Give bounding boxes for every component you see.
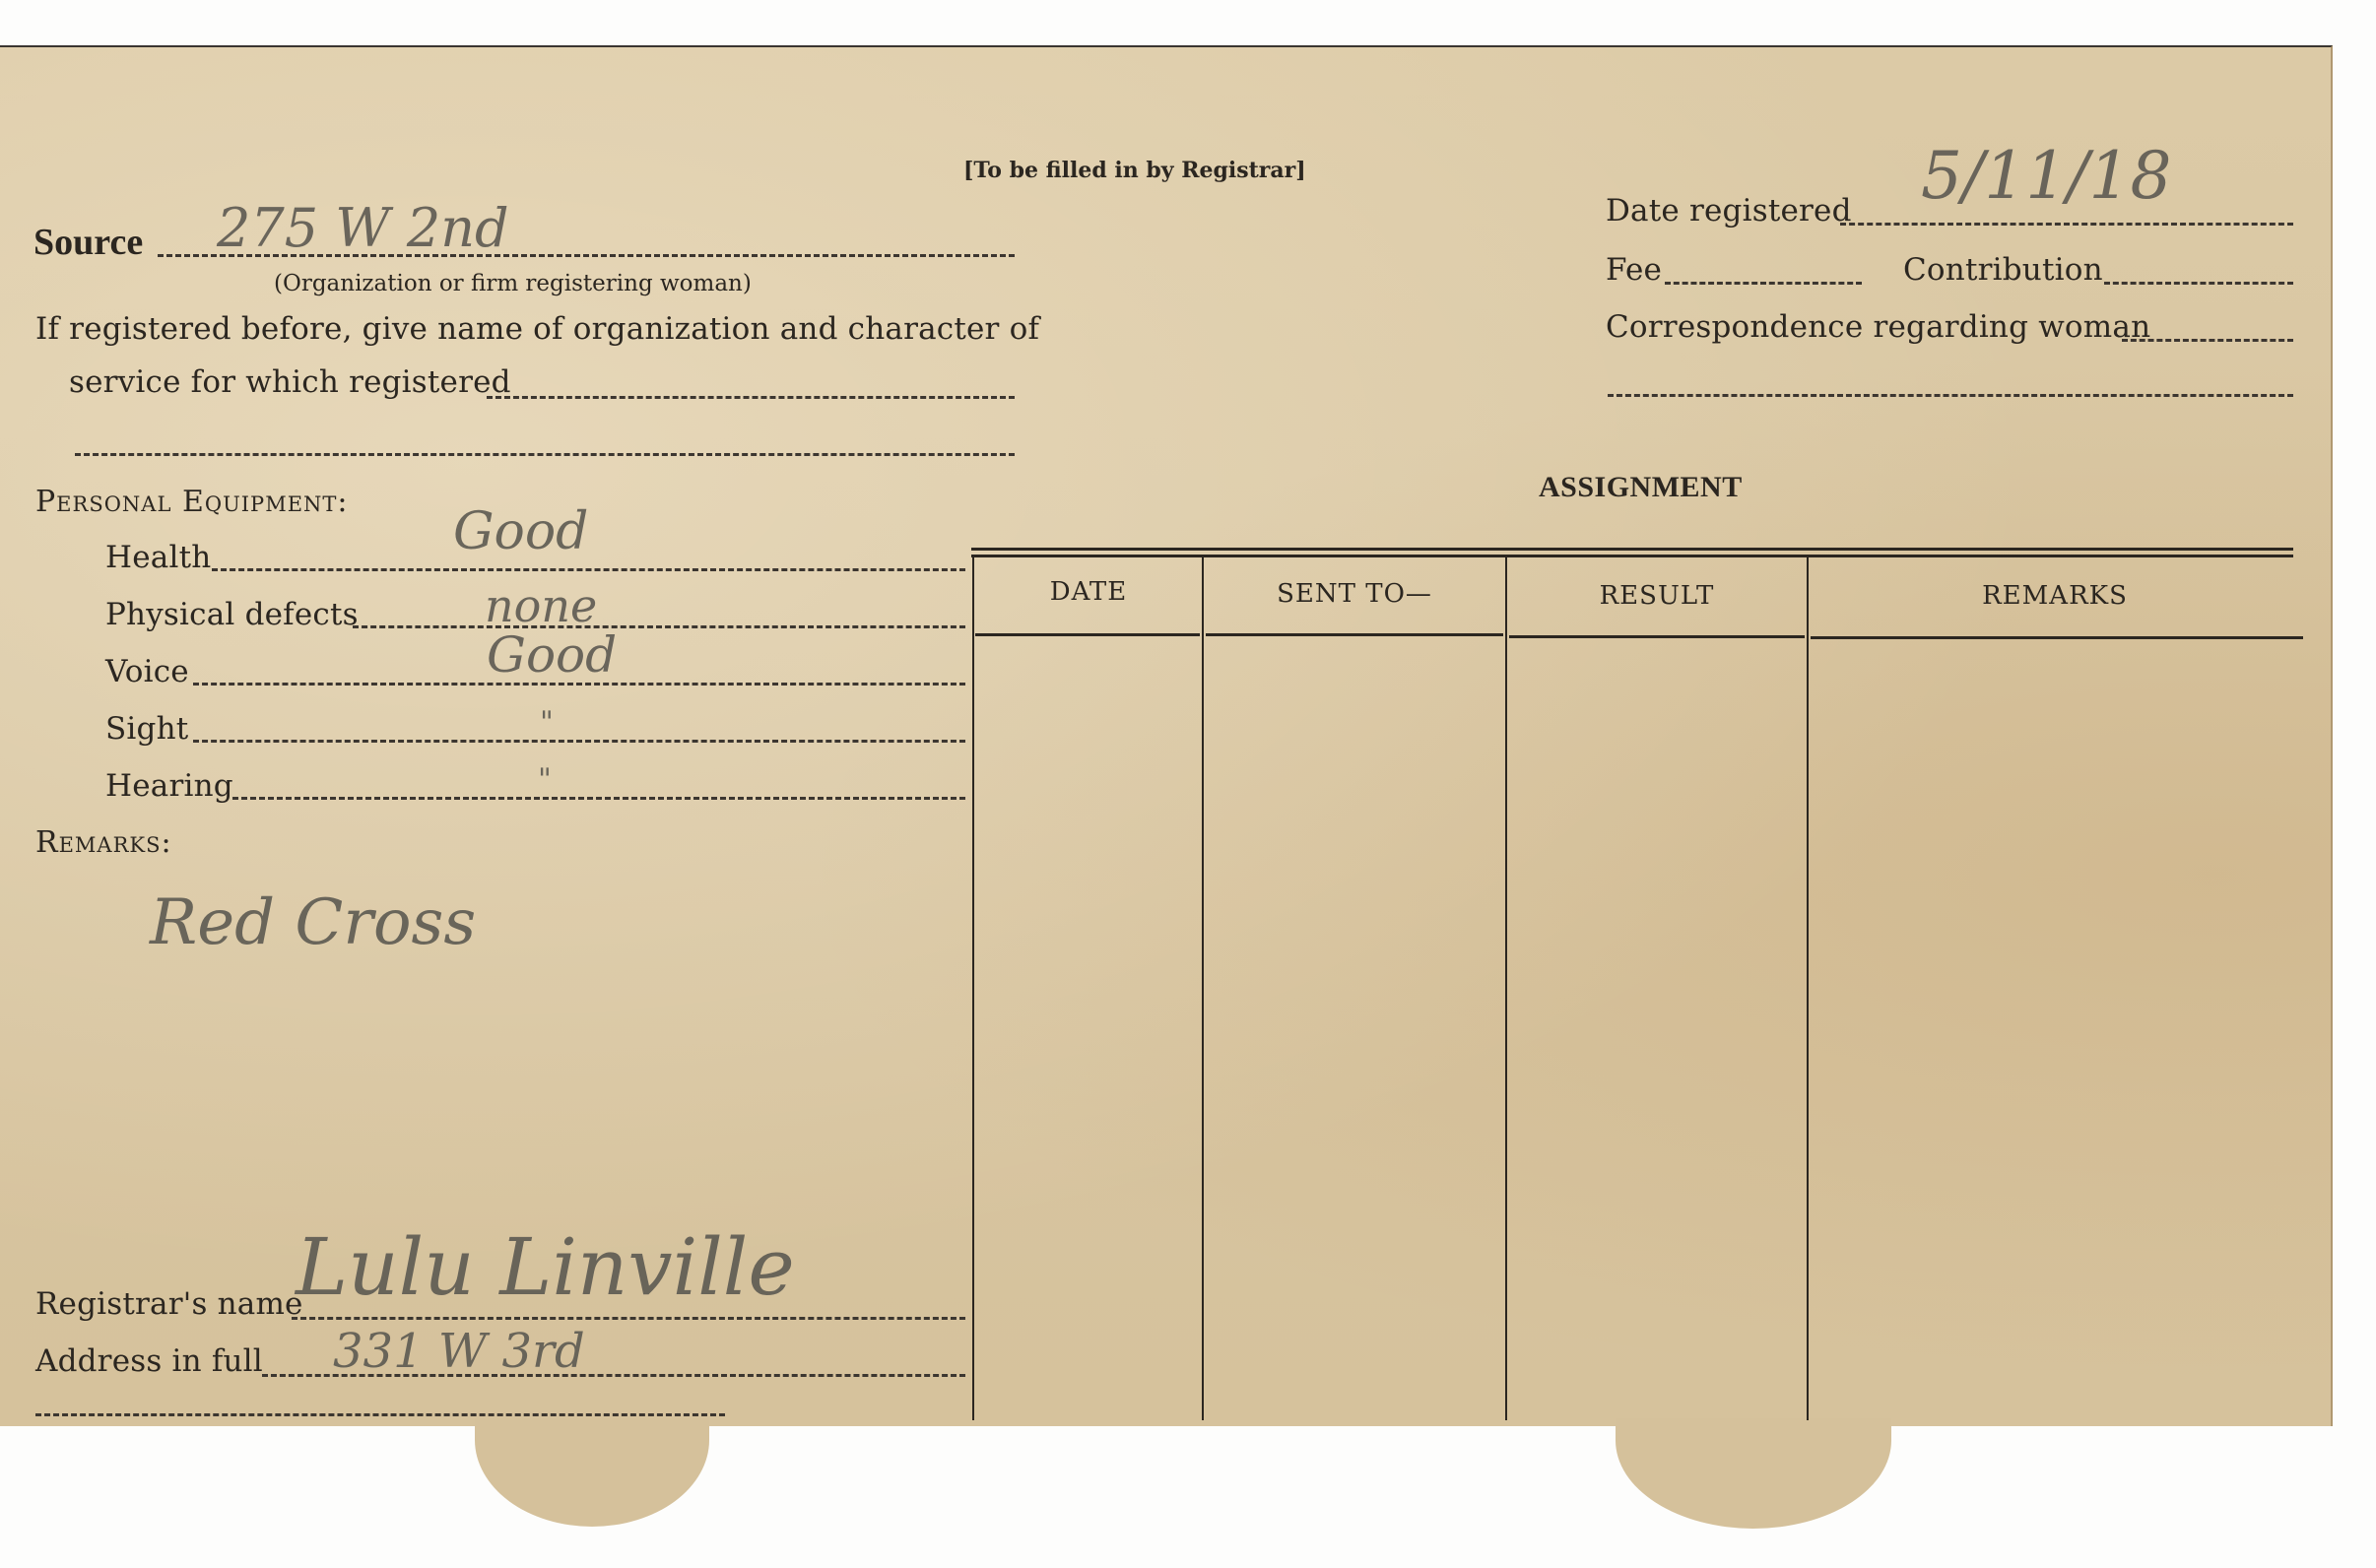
table-divider-result: [1807, 557, 1809, 1420]
table-top-rule: [971, 548, 2293, 551]
registrar-name-line: [292, 1317, 965, 1320]
table-top-rule-2: [971, 555, 2293, 557]
equipment-physical-defects-line: [353, 625, 965, 628]
correspondence-label: Correspondence regarding woman: [1606, 309, 2150, 345]
correspondence-line[interactable]: [2122, 339, 2293, 342]
equipment-health-value[interactable]: Good: [453, 502, 588, 561]
remarks-value[interactable]: Red Cross: [150, 886, 476, 959]
header-rule-date: [975, 633, 1200, 636]
equipment-health-label: Health: [105, 540, 211, 575]
source-value[interactable]: 275 W 2nd: [217, 197, 509, 259]
registered-before-extra-line[interactable]: [75, 453, 1015, 456]
table-divider-sent: [1505, 557, 1507, 1420]
address-label: Address in full: [35, 1343, 263, 1379]
bottom-line: [35, 1413, 725, 1416]
contribution-line[interactable]: [2104, 282, 2293, 285]
column-header-sent-to: SENT TO—: [1204, 579, 1505, 609]
table-left-border: [972, 557, 974, 1420]
column-header-date: DATE: [975, 577, 1202, 607]
equipment-sight-label: Sight: [105, 711, 188, 747]
equipment-sight-value[interactable]: ": [540, 705, 554, 740]
equipment-hearing-label: Hearing: [105, 768, 233, 804]
fee-label: Fee: [1606, 252, 1662, 288]
equipment-hearing-value[interactable]: ": [538, 762, 552, 797]
header-rule-result: [1509, 635, 1805, 638]
date-registered-label: Date registered: [1606, 193, 1852, 229]
header-rule-remarks: [1811, 636, 2303, 639]
column-header-result: RESULT: [1507, 581, 1807, 611]
address-value[interactable]: 331 W 3rd: [333, 1324, 585, 1379]
equipment-voice-label: Voice: [105, 654, 189, 689]
source-caption: (Organization or firm registering woman): [274, 271, 752, 296]
registrar-note: [To be filled in by Registrar]: [963, 158, 1306, 183]
source-label: Source: [33, 221, 143, 264]
table-divider-date: [1202, 557, 1204, 1420]
date-registered-value[interactable]: 5/11/18: [1921, 138, 2171, 214]
registered-before-line[interactable]: [487, 396, 1015, 399]
assignment-title: ASSIGNMENT: [1539, 471, 1743, 504]
card-tab-left: [475, 1418, 709, 1527]
column-header-remarks: REMARKS: [1809, 581, 2301, 611]
remarks-heading: Remarks:: [35, 825, 172, 860]
registrar-name-value[interactable]: Lulu Linville: [296, 1221, 795, 1313]
date-registered-line: [1840, 223, 2293, 226]
header-rule-sent: [1206, 633, 1503, 636]
equipment-hearing-line: [232, 797, 965, 800]
equipment-health-line: [212, 568, 965, 571]
fee-line[interactable]: [1665, 282, 1862, 285]
equipment-physical-defects-value[interactable]: none: [485, 579, 597, 632]
contribution-label: Contribution: [1903, 252, 2103, 288]
card-tab-right: [1616, 1418, 1891, 1529]
registered-before-line2: service for which registered: [69, 364, 511, 400]
equipment-voice-value[interactable]: Good: [487, 626, 617, 684]
registered-before-line1: If registered before, give name of organ…: [35, 311, 1039, 347]
registrar-name-label: Registrar's name: [35, 1286, 303, 1322]
correspondence-extra-line[interactable]: [1608, 394, 2293, 397]
personal-equipment-heading: Personal Equipment:: [35, 485, 349, 519]
equipment-sight-line: [193, 740, 965, 743]
equipment-physical-defects-label: Physical defects: [105, 597, 359, 632]
